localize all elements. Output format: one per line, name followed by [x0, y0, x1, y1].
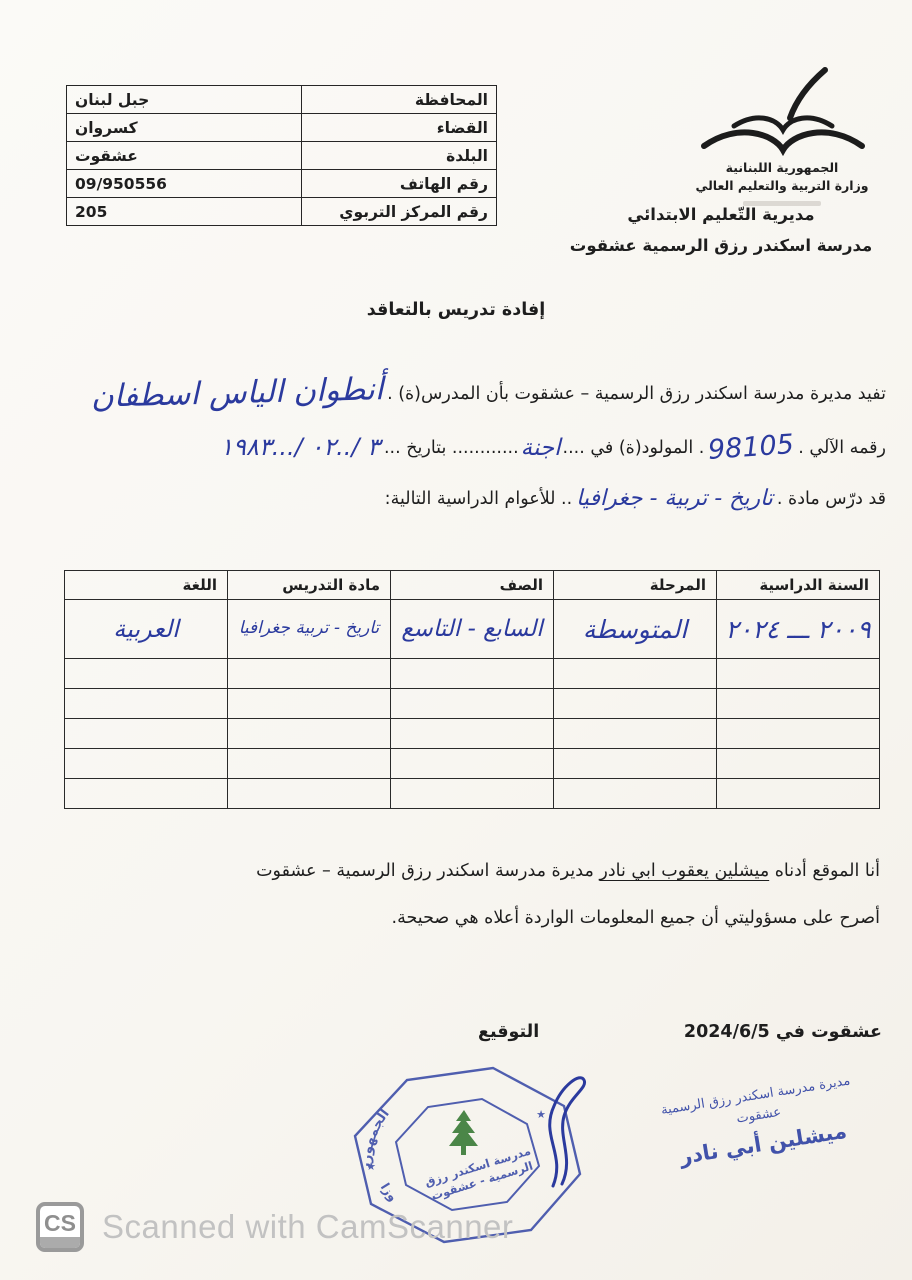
teaching-records-table: السنة الدراسية المرحلة الصف مادة التدريس…: [64, 570, 880, 809]
signature-label: التوقيع: [478, 1022, 539, 1042]
governorate-label: المحافظة: [302, 86, 497, 114]
teacher-name-handwritten: أنطوان الياس اسطفان: [90, 368, 383, 419]
center-number-value: 205: [67, 198, 302, 226]
table-row: القضاء كسروان: [67, 114, 497, 142]
camscanner-text: Scanned with CamScanner: [102, 1208, 513, 1246]
cell-subject: تاريخ - تربية جغرافيا: [228, 600, 391, 659]
handwritten-signature: [518, 1058, 598, 1198]
table-header-row: السنة الدراسية المرحلة الصف مادة التدريس…: [65, 571, 880, 600]
declaration-paragraph: أنا الموقع أدناه ميشلين يعقوب ابي نادر م…: [180, 848, 880, 942]
directorate-line: مديرية التّعليم الابتدائي: [556, 200, 886, 231]
school-line: مدرسة اسكندر رزق الرسمية عشقوت: [556, 231, 886, 262]
principal-name-stamp: مديرة مدرسة اسكندر رزق الرسمية عشقوت ميش…: [618, 1065, 902, 1182]
open-book-bird-logo-icon: [694, 62, 870, 158]
header-stage: المرحلة: [554, 571, 717, 600]
table-row: [65, 719, 880, 749]
subjects-handwritten: تاريخ - تربية - جغرافيا: [572, 484, 777, 515]
body-line-2: رقمه الآلي . 98105 . المولود(ة) في .... …: [6, 422, 886, 474]
scanned-document-page: المحافظة جبل لبنان القضاء كسروان البلدة …: [0, 0, 912, 1280]
ministry-logo-block: الجمهورية اللبنانية وزارة التربية والتعل…: [694, 62, 870, 206]
stamp-ring-top-text: الجمهورية اللبنانية: [340, 1058, 393, 1169]
cell-school-year: ٢٠٠٩ ـــ ٢٠٢٤: [717, 600, 880, 659]
camscanner-watermark: CS Scanned with CamScanner: [36, 1202, 513, 1252]
phone-label: رقم الهاتف: [302, 170, 497, 198]
body-line3-printed-b: .. للأعوام الدراسية التالية:: [385, 487, 572, 512]
cell-grade: السابع - التاسع: [391, 600, 554, 659]
table-row: رقم المركز التربوي 205: [67, 198, 497, 226]
cedar-tree-icon: [449, 1110, 478, 1155]
header-grade: الصف: [391, 571, 554, 600]
cs-icon-bar: [40, 1237, 80, 1248]
admin-info-table: المحافظة جبل لبنان القضاء كسروان البلدة …: [66, 85, 497, 226]
center-number-label: رقم المركز التربوي: [302, 198, 497, 226]
place-and-date: عشقوت في 2024/6/5: [684, 1022, 882, 1042]
cell-language: العربية: [65, 600, 228, 659]
body-line2-printed-b: . المولود(ة) في ....: [563, 436, 705, 461]
table-row: [65, 749, 880, 779]
body-line-1: تفيد مديرة مدرسة اسكندر رزق الرسمية – عش…: [6, 366, 886, 422]
declaration-line-1: أنا الموقع أدناه ميشلين يعقوب ابي نادر م…: [180, 848, 880, 895]
camscanner-cs-icon: CS: [36, 1202, 84, 1252]
table-row: رقم الهاتف 09/950556: [67, 170, 497, 198]
declaration-part-a: أنا الموقع أدناه: [769, 861, 880, 881]
table-row: [65, 689, 880, 719]
town-value: عشقوت: [67, 142, 302, 170]
body-line3-printed-a: قد درّس مادة .: [777, 487, 886, 512]
stamp-star-left-icon: ★: [366, 1160, 376, 1173]
body-line-3: قد درّس مادة . تاريخ - تربية - جغرافيا .…: [6, 474, 886, 524]
table-row: [65, 779, 880, 809]
table-row: البلدة عشقوت: [67, 142, 497, 170]
table-row: المحافظة جبل لبنان: [67, 86, 497, 114]
district-label: القضاء: [302, 114, 497, 142]
teacher-id-handwritten: 98105: [703, 426, 799, 470]
declaration-part-b: مديرة مدرسة اسكندر رزق الرسمية – عشقوت: [256, 861, 599, 881]
cs-icon-letters: CS: [44, 1210, 76, 1237]
declaration-line-2: أصرح على مسؤوليتي أن جميع المعلومات الوا…: [180, 895, 880, 942]
logo-republic-text: الجمهورية اللبنانية: [694, 160, 870, 175]
body-line1-printed: تفيد مديرة مدرسة اسكندر رزق الرسمية – عش…: [387, 382, 886, 407]
logo-ministry-text: وزارة التربية والتعليم العالي: [694, 178, 870, 193]
table-row: [65, 659, 880, 689]
page-title: إفادة تدريس بالتعاقد: [0, 300, 912, 320]
table-row: ٢٠٠٩ ـــ ٢٠٢٤ المتوسطة السابع - التاسع ت…: [65, 600, 880, 659]
body-line2-printed-c: ............ بتاريخ ...: [384, 436, 519, 461]
header-subject: مادة التدريس: [228, 571, 391, 600]
body-line2-printed-a: رقمه الآلي .: [798, 436, 886, 461]
svg-text:الجمهورية اللبنانية: الجمهورية اللبنانية: [340, 1058, 393, 1169]
birthplace-handwritten: اجنة: [519, 432, 563, 464]
town-label: البلدة: [302, 142, 497, 170]
birthdate-handwritten: ٣ /..٠٢ /...١٩٨٣: [216, 431, 384, 465]
district-value: كسروان: [67, 114, 302, 142]
phone-value: 09/950556: [67, 170, 302, 198]
header-language: اللغة: [65, 571, 228, 600]
governorate-value: جبل لبنان: [67, 86, 302, 114]
body-paragraph: تفيد مديرة مدرسة اسكندر رزق الرسمية – عش…: [6, 366, 886, 524]
cell-stage: المتوسطة: [554, 600, 717, 659]
principal-name-underlined: ميشلين يعقوب ابي نادر: [599, 861, 769, 881]
directorate-block: مديرية التّعليم الابتدائي مدرسة اسكندر ر…: [556, 200, 886, 261]
header-school-year: السنة الدراسية: [717, 571, 880, 600]
